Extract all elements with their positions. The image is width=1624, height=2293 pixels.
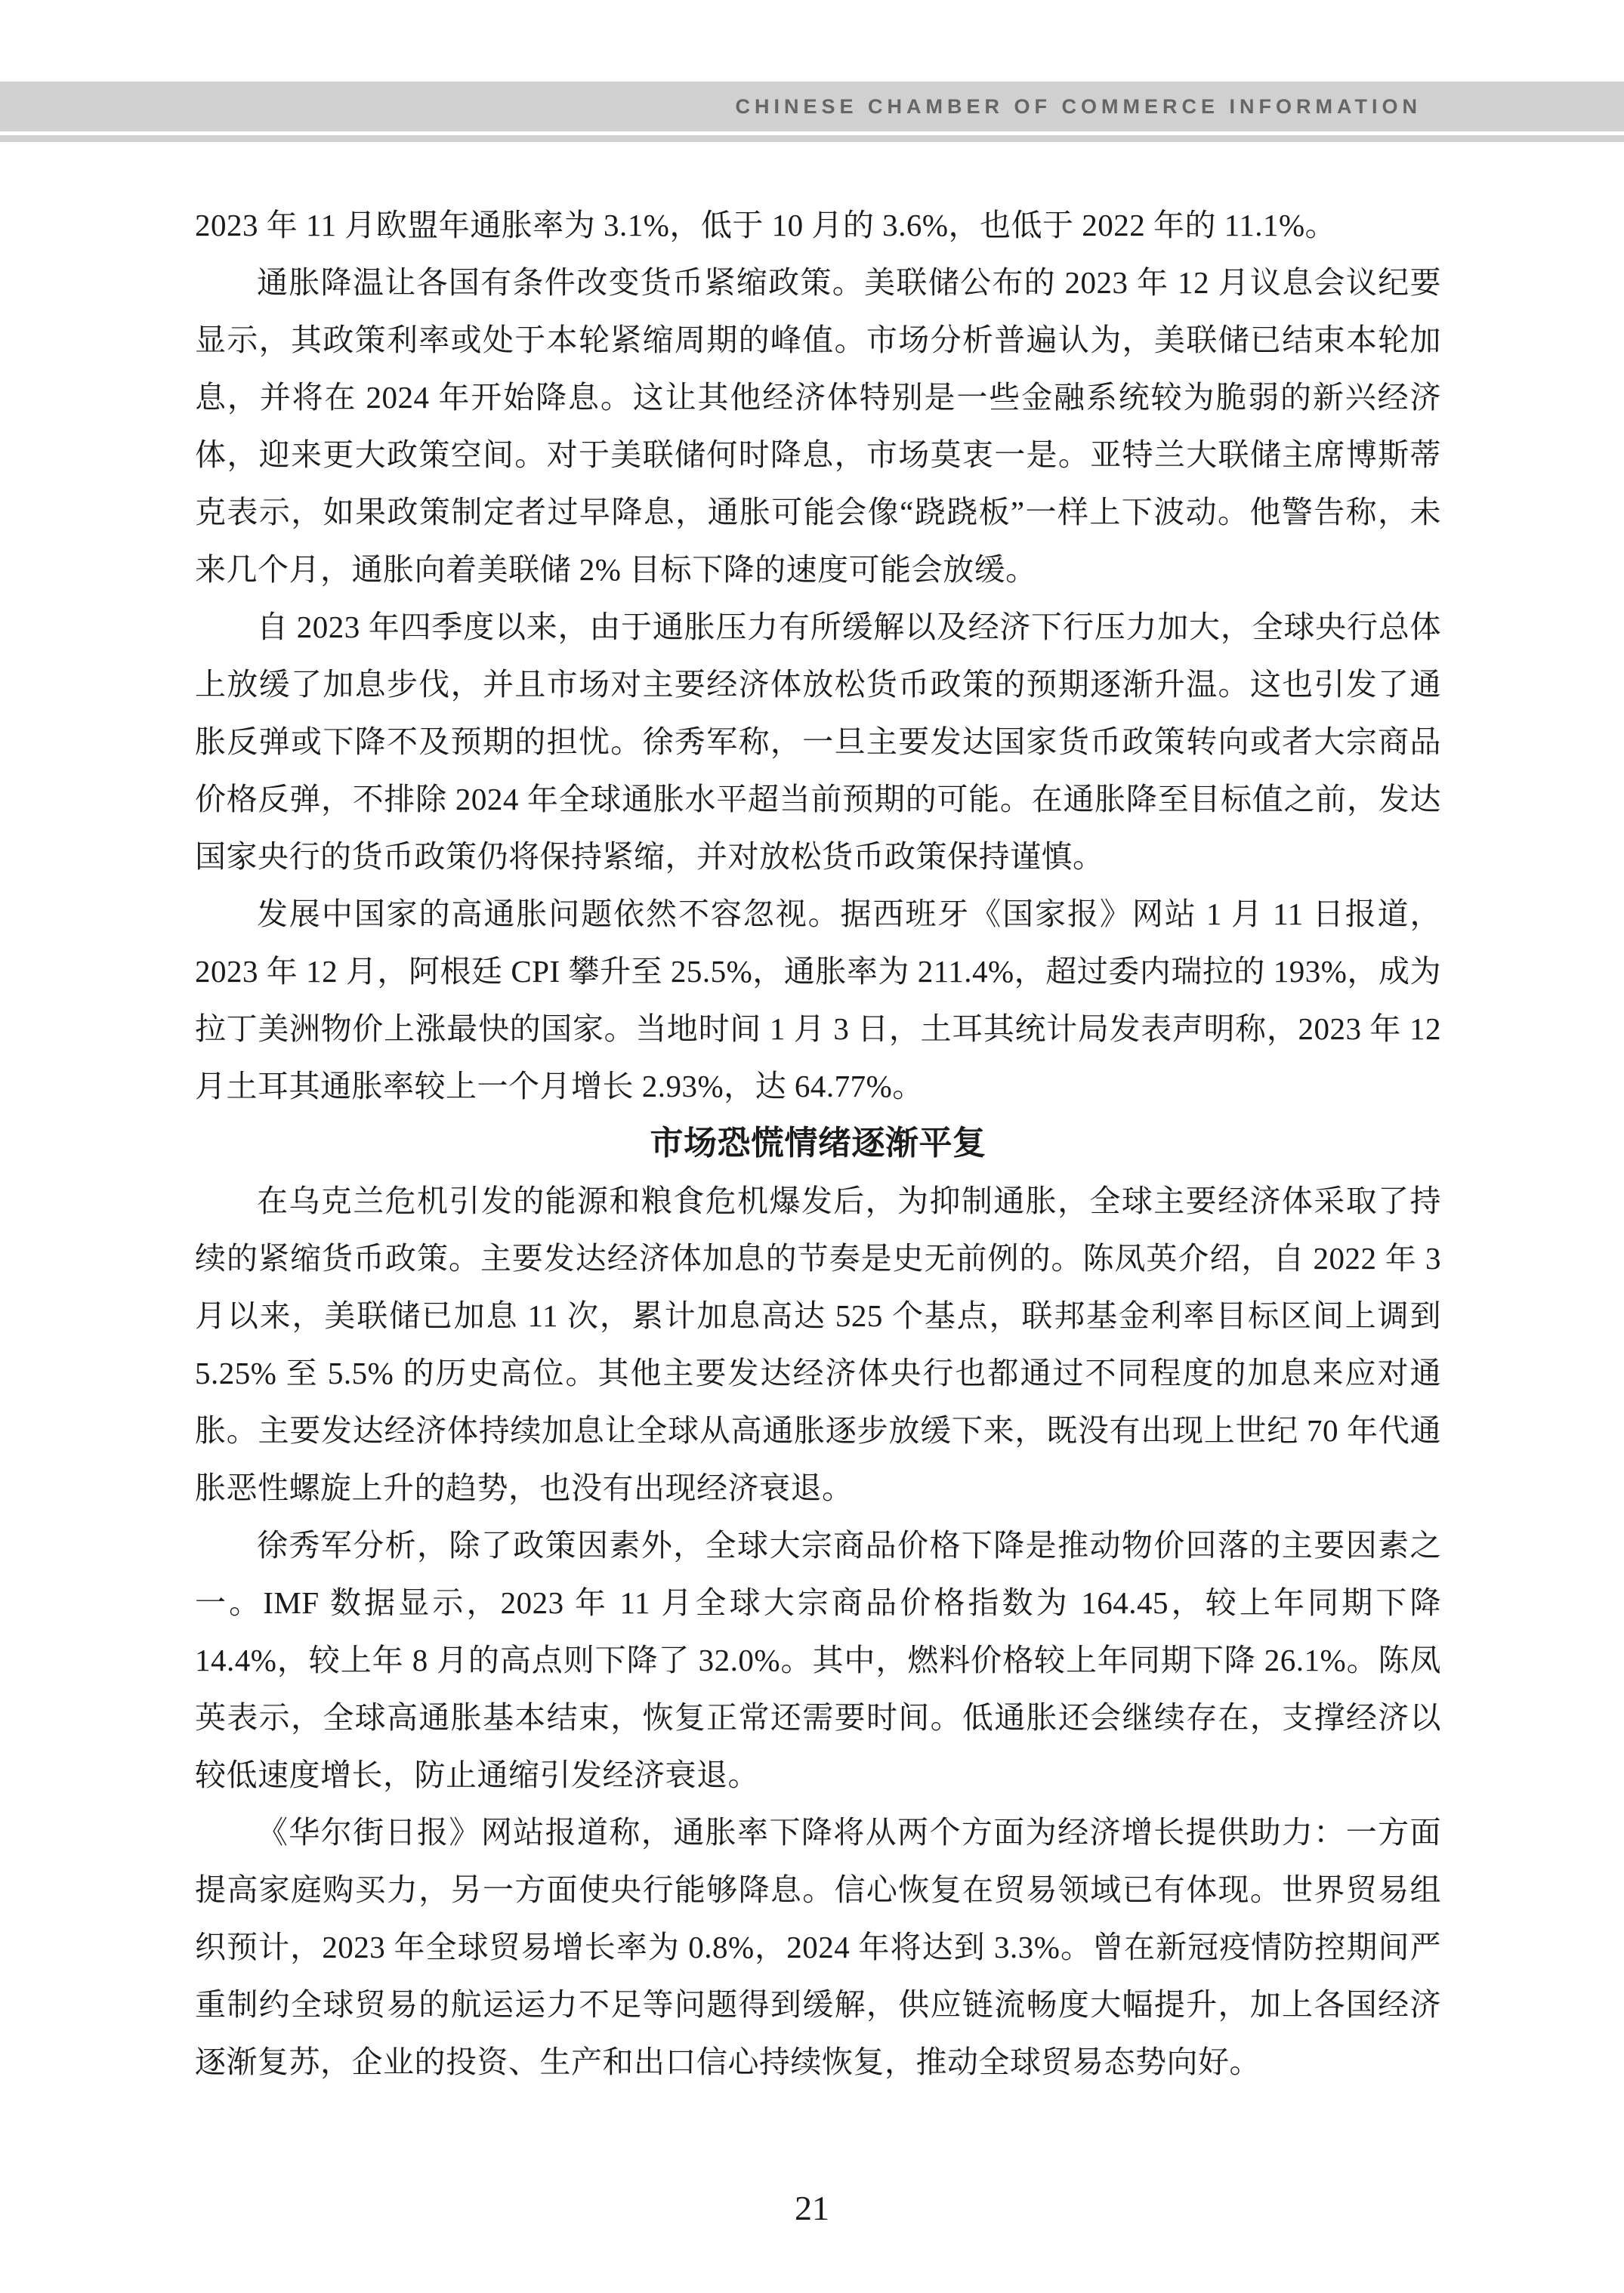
body-paragraph: 2023 年 11 月欧盟年通胀率为 3.1%，低于 10 月的 3.6%，也低…	[195, 196, 1441, 254]
header-banner: CHINESE CHAMBER OF COMMERCE INFORMATION	[0, 82, 1624, 131]
article-body: 2023 年 11 月欧盟年通胀率为 3.1%，低于 10 月的 3.6%，也低…	[195, 196, 1441, 2091]
body-paragraph: 自 2023 年四季度以来，由于通胀压力有所缓解以及经济下行压力加大，全球央行总…	[195, 598, 1441, 885]
page-number: 21	[0, 2187, 1624, 2230]
header-banner-title: CHINESE CHAMBER OF COMMERCE INFORMATION	[736, 95, 1422, 119]
section-heading: 市场恐慌情绪逐渐平复	[195, 1115, 1441, 1172]
header-banner-strip	[0, 135, 1624, 142]
body-paragraph: 在乌克兰危机引发的能源和粮食危机爆发后，为抑制通胀，全球主要经济体采取了持续的紧…	[195, 1172, 1441, 1517]
document-page: CHINESE CHAMBER OF COMMERCE INFORMATION …	[0, 0, 1624, 2293]
body-paragraph: 《华尔街日报》网站报道称，通胀率下降将从两个方面为经济增长提供助力：一方面提高家…	[195, 1804, 1441, 2091]
body-paragraph: 徐秀军分析，除了政策因素外，全球大宗商品价格下降是推动物价回落的主要因素之一。I…	[195, 1517, 1441, 1804]
body-paragraph: 通胀降温让各国有条件改变货币紧缩政策。美联储公布的 2023 年 12 月议息会…	[195, 254, 1441, 598]
body-paragraph: 发展中国家的高通胀问题依然不容忽视。据西班牙《国家报》网站 1 月 11 日报道…	[195, 885, 1441, 1115]
